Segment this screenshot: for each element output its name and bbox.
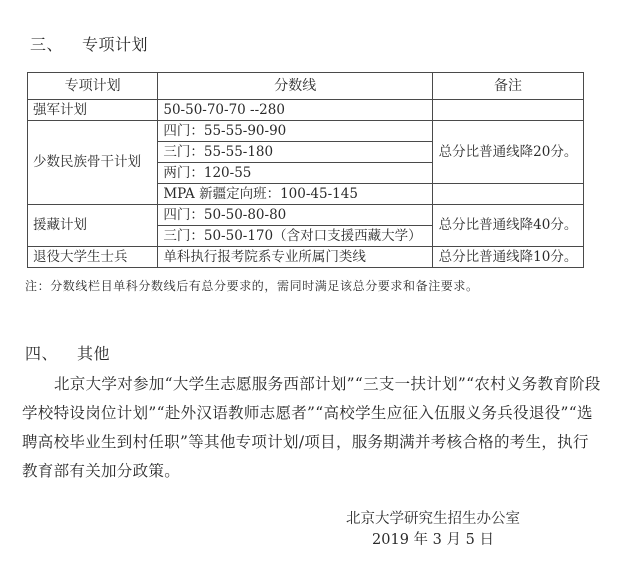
table-row: 少数民族骨干计划 四门：55-55-90-90 总分比普通线降20分。	[28, 121, 584, 142]
remark: 总分比普通线降20分。	[433, 121, 584, 184]
section-number: 四、	[25, 341, 77, 364]
plan-name: 援藏计划	[28, 205, 158, 247]
signature-block: 北京大学研究生招生办公室 2019 年 3 月 5 日	[323, 509, 543, 551]
section-4-heading: 四、其他	[25, 341, 110, 364]
score-line: 三门：50-50-170（含对口支援西藏大学）	[158, 226, 433, 247]
score-line: MPA 新疆定向班：100-45-145	[158, 184, 433, 205]
score-line: 50-50-70-70 --280	[158, 100, 433, 121]
special-plan-table: 专项计划 分数线 备注 强军计划 50-50-70-70 --280 少数民族骨…	[27, 72, 584, 268]
remark: 总分比普通线降40分。	[433, 205, 584, 247]
remark	[433, 184, 584, 205]
paragraph-text: 北京大学对参加“大学生志愿服务西部计划”“三支一扶计划”“农村义务教育阶段学校特…	[22, 375, 601, 480]
remark: 总分比普通线降10分。	[433, 247, 584, 268]
score-line: 四门：50-50-80-80	[158, 205, 433, 226]
table-row: 退役大学生士兵 单科执行报考院系专业所属门类线 总分比普通线降10分。	[28, 247, 584, 268]
header-plan: 专项计划	[28, 73, 158, 100]
section-title: 专项计划	[82, 35, 148, 54]
plan-name: 强军计划	[28, 100, 158, 121]
plan-name: 少数民族骨干计划	[28, 121, 158, 205]
signature-office: 北京大学研究生招生办公室	[323, 509, 543, 530]
table-note: 注：分数线栏目单科分数线后有总分要求的，需同时满足该总分要求和备注要求。	[25, 277, 479, 294]
score-line: 单科执行报考院系专业所属门类线	[158, 247, 433, 268]
score-line: 两门：120-55	[158, 163, 433, 184]
section-title: 其他	[77, 344, 110, 363]
table-row: 援藏计划 四门：50-50-80-80 总分比普通线降40分。	[28, 205, 584, 226]
table-header-row: 专项计划 分数线 备注	[28, 73, 584, 100]
remark	[433, 100, 584, 121]
table-row: 强军计划 50-50-70-70 --280	[28, 100, 584, 121]
plan-name: 退役大学生士兵	[28, 247, 158, 268]
signature-date: 2019 年 3 月 5 日	[323, 530, 543, 551]
score-line: 三门：55-55-180	[158, 142, 433, 163]
score-line: 四门：55-55-90-90	[158, 121, 433, 142]
other-paragraph: 北京大学对参加“大学生志愿服务西部计划”“三支一扶计划”“农村义务教育阶段学校特…	[22, 370, 602, 486]
header-remark: 备注	[433, 73, 584, 100]
header-scores: 分数线	[158, 73, 433, 100]
section-number: 三、	[30, 32, 82, 55]
section-3-heading: 三、专项计划	[30, 32, 148, 55]
